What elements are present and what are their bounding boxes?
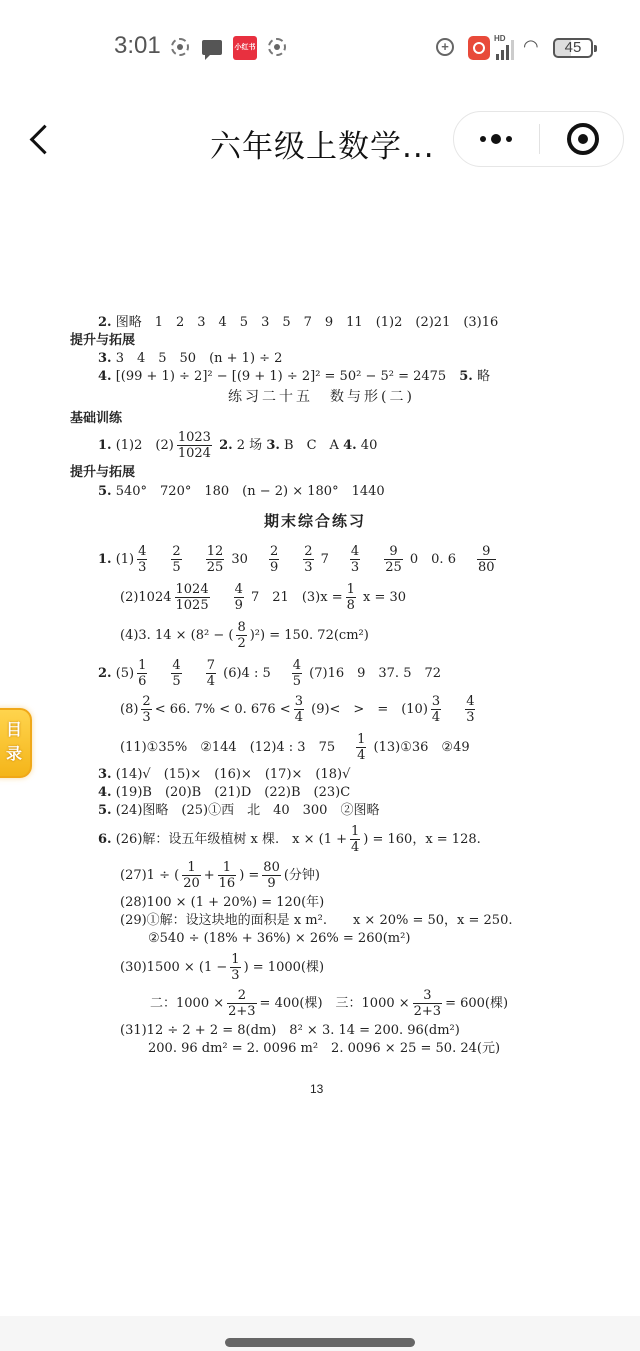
answer-line: (8)23< 66. 7% < 0. 676 <34 (9)< > = (10)… [120, 694, 478, 725]
answer-line: (11)①35% ②144 (12)4 : 3 7514 (13)①36 ②49 [120, 732, 470, 763]
close-miniprogram-button[interactable] [540, 112, 624, 166]
battery-tip [594, 45, 597, 52]
answer-line: 1. (1)43251225 302923 743925 0 0. 6980 [98, 544, 499, 575]
toc-label: 目录 [6, 718, 24, 766]
page-number: 13 [310, 1082, 323, 1096]
hd-label: HD [494, 34, 506, 43]
answer-line: 200. 96 dm² = 2. 0096 m² 2. 0096 × 25 = … [148, 1040, 500, 1058]
data-saver-icon: + [436, 38, 454, 56]
answer-line: 二：1000 ×22+3= 400(棵) 三：1000 ×32+3= 600(棵… [150, 988, 508, 1019]
answer-line: 1. (1)2 (2)10231024 2. 2 场 3. B C A 4. 4… [98, 430, 377, 461]
answer-line: (2)10241024102549 7 21 (3)x =18 x = 30 [120, 582, 406, 613]
answer-line: (30)1500 × (1 −13) = 1000(棵) [120, 952, 324, 983]
wifi-icon: ◠ [523, 38, 545, 56]
exercise-title: 练习二十五 数与形(二) [228, 388, 415, 406]
section-heading: 提升与拓展 [70, 332, 135, 350]
screen-record-icon-2 [268, 38, 286, 56]
cellular-signal-icon: HD [494, 34, 520, 60]
more-button[interactable] [454, 112, 539, 166]
xiaohongshu-icon: 小红书 [233, 36, 257, 60]
table-of-contents-button[interactable]: 目录 [0, 708, 32, 778]
answer-line: 5. (24)图略 (25)①西 北 40 300 ②图略 [98, 802, 379, 820]
battery-icon: 45 [553, 38, 593, 58]
home-indicator[interactable] [225, 1338, 415, 1347]
answer-line: 4. (19)B (20)B (21)D (22)B (23)C [98, 784, 350, 802]
answer-line: 2. (5)164574 (6)4 : 545 (7)16 9 37. 5 72 [98, 658, 441, 689]
exercise-title: 期末综合练习 [264, 512, 366, 530]
answer-line: 6. (26)解：设五年级植树 x 棵. x × (1 +14) = 160，x… [98, 824, 481, 855]
back-button[interactable] [24, 117, 56, 161]
answer-line: (27)1 ÷ (120+116) =809(分钟) [120, 860, 320, 891]
status-time: 3:01 [114, 32, 161, 60]
answer-line: 2. 图略 1 2 3 4 5 3 5 7 9 11 (1)2 (2)21 (3… [98, 314, 498, 332]
miniprogram-capsule [453, 111, 624, 167]
answer-line: (4)3. 14 × (8² − (82)²) = 150. 72(cm²) [120, 620, 369, 651]
target-close-icon [567, 123, 599, 155]
answer-line: (29)①解：设这块地的面积是 x m². x × 20% = 50，x = 2… [120, 912, 512, 930]
status-bar: 3:01 小红书 + HD ◠ 45 [0, 28, 640, 68]
answer-line: 5. 540° 720° 180 (n − 2) × 180° 1440 [98, 483, 385, 501]
more-dots-icon-center [491, 134, 501, 144]
section-heading: 基础训练 [70, 410, 122, 428]
nav-bar: 六年级上数学... [0, 105, 640, 175]
more-dots-icon-right [506, 136, 512, 142]
answer-page: 2. 图略 1 2 3 4 5 3 5 7 9 11 (1)2 (2)21 (3… [0, 300, 640, 1100]
page-title: 六年级上数学... [210, 121, 435, 166]
recording-icon [468, 36, 490, 60]
more-dots-icon [480, 136, 486, 142]
screen-record-icon [171, 38, 189, 56]
section-heading: 提升与拓展 [70, 464, 135, 482]
answer-line: (31)12 ÷ 2 + 2 = 8(dm) 8² × 3. 14 = 200.… [120, 1022, 460, 1040]
answer-line: (28)100 × (1 + 20%) = 120(年) [120, 894, 324, 912]
answer-line: ②540 ÷ (18% + 36%) × 26% = 260(m²) [148, 930, 410, 948]
answer-line: 3. (14)√ (15)× (16)× (17)× (18)√ [98, 766, 350, 784]
answer-line: 4. [(99 + 1) ÷ 2]² − [(9 + 1) ÷ 2]² = 50… [98, 368, 490, 386]
answer-line: 3. 3 4 5 50 (n + 1) ÷ 2 [98, 350, 282, 368]
message-icon [202, 40, 222, 55]
